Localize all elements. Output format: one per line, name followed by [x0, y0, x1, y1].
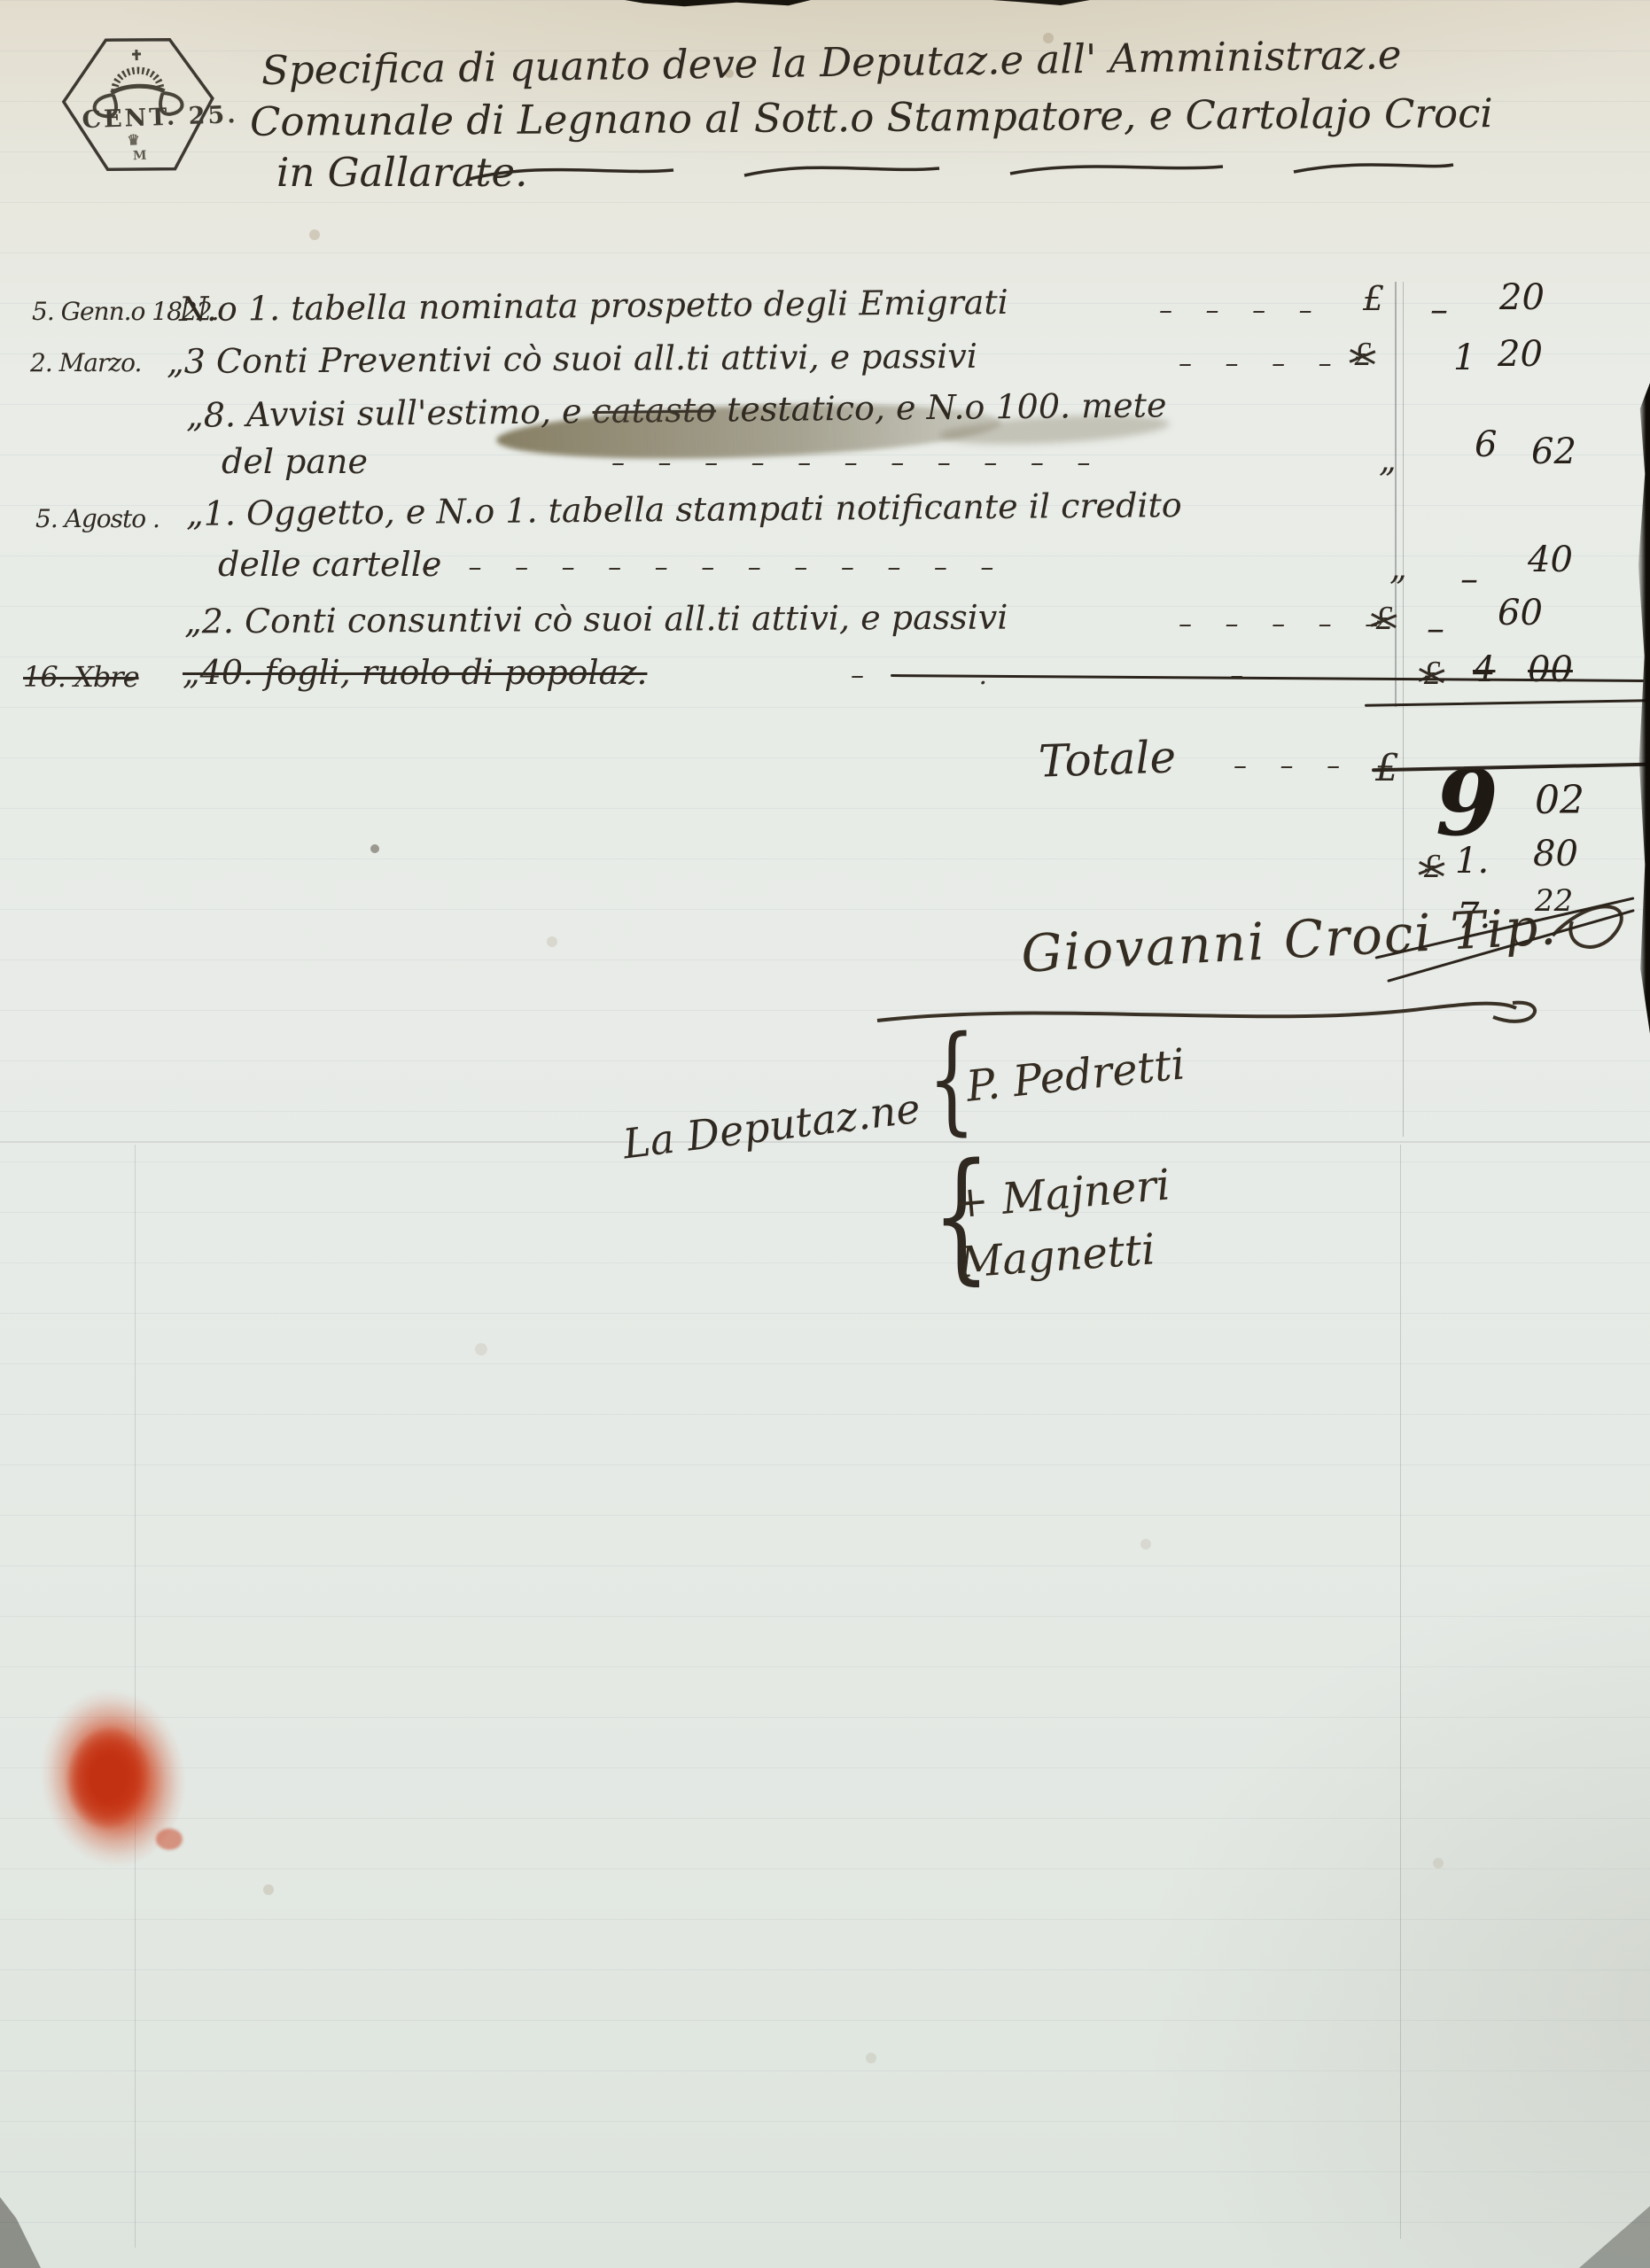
paper-freckles [0, 0, 5, 5]
row-amount-cent: 00 [1528, 652, 1573, 687]
row-currency: „ [1379, 443, 1397, 477]
deputation-label: La Deputaz.ne [620, 1088, 922, 1165]
row-description: „2. Conti consuntivi cò suoi all.ti atti… [184, 601, 1008, 639]
document-page: CENT. 25. ♛ M Specifica di quanto deve l… [0, 0, 1650, 2268]
row-amount-cent: 60 [1498, 595, 1543, 631]
row-amount-lire: – [1430, 292, 1448, 328]
row-currency-struck: ₤ [1423, 656, 1440, 689]
row-amount-lire: 4 [1473, 652, 1495, 687]
row-date: 5. Agosto . [35, 507, 160, 532]
deduction-currency: ₤ [1423, 849, 1440, 882]
row-amount-lire: 1 [1453, 340, 1475, 376]
row-description-line2: del pane [222, 445, 368, 478]
deputation-signature-3: Magnetti [958, 1228, 1157, 1284]
row-amount-cent: 40 [1528, 542, 1573, 578]
total-cent: 02 [1535, 781, 1584, 820]
row-leader-dashes: – – – – – [1179, 611, 1390, 638]
revenue-stamp: CENT. 25. ♛ M [58, 33, 218, 176]
header-line-2: Comunale di Legnano al Sott.o Stampatore… [250, 93, 1493, 142]
deduction-lire: 1. [1455, 843, 1489, 879]
header-flourish [461, 156, 1462, 191]
row-description: „40. fogli, ruolo di popolaz. [183, 656, 647, 689]
row-description: N.o 1. tabella nominata prospetto degli … [179, 285, 1008, 326]
row-description-line2: delle cartelle [218, 548, 441, 581]
stamp-small-crown-icon: ♛ [127, 131, 140, 148]
header-line-1: Specifica di quanto deve la Deputaz.e al… [261, 35, 1402, 90]
row-date: 2. Marzo. [30, 351, 141, 376]
stamp-monogram: M [133, 149, 147, 164]
printer-signature: Giovanni Croci Tip. [1020, 900, 1559, 980]
deduction-cent: 80 [1533, 836, 1578, 872]
row-currency-struck: ₤ [1375, 601, 1392, 634]
stamp-value: CENT. 25. [82, 101, 238, 134]
total-leader-dashes: – – – [1234, 753, 1352, 780]
row-currency: „ [1389, 551, 1407, 585]
row-description-part: „8. Avvisi sull'estimo, e [186, 392, 593, 435]
row-description: „1. Oggetto, e N.o 1. tabella stampati n… [186, 488, 1182, 531]
torn-edge-top-2 [992, 0, 1090, 5]
row-currency-struck: ₤ [1354, 337, 1371, 370]
row-amount-lire: – [1427, 611, 1444, 647]
row-amount-cent: 20 [1499, 280, 1545, 315]
row-description: „3 Conti Preventivi cò suoi all.ti attiv… [167, 339, 977, 378]
row-amount-lire: – [1460, 562, 1478, 597]
sum-rule [1372, 763, 1648, 773]
row-leader-dashes: – – – – – – – – – – – [611, 450, 1102, 477]
red-seal-speck [156, 1829, 183, 1850]
total-label: Totale [1038, 734, 1177, 783]
row-description-part: testatico, e N.o 100. mete [716, 385, 1167, 429]
column-rule [1400, 1145, 1401, 2239]
row-currency: £ [1363, 282, 1384, 315]
total-lire: 9 [1436, 758, 1498, 849]
row-struck-word: catasto [592, 391, 716, 431]
row-leader-dashes: – – – – [1179, 351, 1344, 377]
row-leader-dashes: – – – – – – – – – – – – – [422, 555, 1006, 581]
row-description: „8. Avvisi sull'estimo, e catasto testat… [186, 388, 1167, 432]
row-amount-cent: 62 [1531, 434, 1576, 470]
corner-shade-bottom-left [0, 2197, 41, 2268]
column-rule [1395, 282, 1397, 707]
deputation-signature-1: P. Pedretti [964, 1043, 1187, 1108]
torn-edge-top [625, 0, 811, 8]
row-leader-dashes: – – – – [1159, 298, 1325, 324]
strike-line [1365, 699, 1648, 707]
row-amount-cent: 20 [1498, 337, 1543, 372]
row-amount-lire: 6 [1475, 427, 1497, 462]
row-date: 16. Xbre [23, 663, 139, 691]
corner-shade-bottom-right [1579, 2206, 1650, 2268]
